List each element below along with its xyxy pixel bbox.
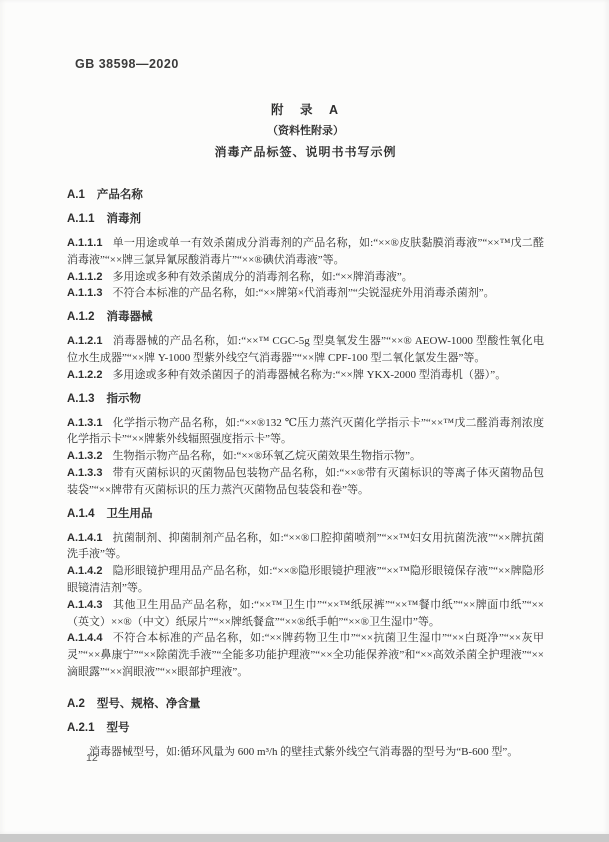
clause-number: A.1.2.2 — [67, 369, 102, 381]
page-content: GB 38598—2020 附 录 A （资料性附录） 消毒产品标签、说明书书写… — [0, 0, 609, 761]
clause-number: A.1.4.1 — [67, 532, 102, 544]
subsection-title: 消毒剂 — [107, 213, 142, 225]
subsection-title: 消毒器械 — [107, 311, 153, 323]
section-heading-a1: A.1产品名称 — [67, 187, 544, 204]
subsection-number: A.1.4 — [67, 508, 95, 520]
clause-text: 消毒器械型号，如:循环风量为 600 m³/h 的壁挂式紫外线空气消毒器的型号为… — [89, 746, 518, 758]
clause-text: 多用途或多种有效杀菌成分的消毒剂名称，如:“××牌消毒液”。 — [112, 271, 412, 283]
subsection-heading-a12: A.1.2消毒器械 — [67, 309, 544, 326]
clause-a111: A.1.1.1单一用途或单一有效杀菌成分消毒剂的产品名称，如:“××®皮肤黏膜消… — [67, 235, 544, 269]
clause-text: 不符合本标准的产品名称，如:“××牌第×代消毒剂”“尖锐湿疣外用消毒杀菌剂”。 — [112, 287, 494, 299]
clause-a122: A.1.2.2多用途或多种有效杀菌因子的消毒器械名称为:“××牌 YKX-200… — [67, 367, 544, 384]
subsection-heading-a14: A.1.4卫生用品 — [67, 506, 544, 523]
subsection-heading-a13: A.1.3指示物 — [67, 391, 544, 408]
clause-text: 化学指示物产品名称，如:“××®132 ℃压力蒸汽灭菌化学指示卡”“××™戊二醛… — [67, 417, 544, 446]
appendix-label: 附 录 A — [67, 101, 544, 119]
section-heading-a2: A.2型号、规格、净含量 — [67, 696, 544, 713]
clause-a143: A.1.4.3其他卫生用品产品名称，如:“××™卫生巾”“××™纸尿裤”“××™… — [67, 597, 544, 631]
clause-a113: A.1.1.3不符合本标准的产品名称，如:“××牌第×代消毒剂”“尖锐湿疣外用消… — [67, 285, 544, 302]
subsection-title: 卫生用品 — [107, 508, 153, 520]
subsection-title: 指示物 — [107, 393, 142, 405]
clause-number: A.1.4.2 — [67, 565, 102, 577]
clause-number: A.1.3.1 — [67, 417, 102, 429]
clause-number: A.1.1.2 — [67, 271, 102, 283]
appendix-title: 消毒产品标签、说明书书写示例 — [67, 143, 544, 161]
page-number: 12 — [86, 752, 98, 764]
clause-number: A.1.1.3 — [67, 287, 102, 299]
clause-a144: A.1.4.4不符合本标准的产品名称，如:“××牌药物卫生巾”“××抗菌卫生湿巾… — [67, 630, 544, 680]
clause-a112: A.1.1.2多用途或多种有效杀菌成分的消毒剂名称，如:“××牌消毒液”。 — [67, 269, 544, 286]
subsection-heading-a11: A.1.1消毒剂 — [67, 211, 544, 228]
subsection-number: A.2.1 — [67, 722, 95, 734]
clause-text: 带有灭菌标识的灭菌物品包装物产品名称，如:“××®带有灭菌标识的等离子体灭菌物品… — [67, 467, 544, 496]
subsection-number: A.1.1 — [67, 213, 95, 225]
section-number: A.2 — [67, 698, 85, 710]
section-number: A.1 — [67, 189, 85, 201]
subsection-heading-a21: A.2.1型号 — [67, 720, 544, 737]
subsection-number: A.1.3 — [67, 393, 95, 405]
clause-a21-body: 消毒器械型号，如:循环风量为 600 m³/h 的壁挂式紫外线空气消毒器的型号为… — [67, 744, 544, 761]
clause-text: 不符合本标准的产品名称，如:“××牌药物卫生巾”“××抗菌卫生湿巾”“××白斑净… — [67, 632, 544, 678]
subsection-number: A.1.2 — [67, 311, 95, 323]
appendix-title-block: 附 录 A （资料性附录） 消毒产品标签、说明书书写示例 — [67, 101, 544, 161]
clause-number: A.1.2.1 — [67, 335, 102, 347]
clause-a142: A.1.4.2隐形眼镜护理用品产品名称，如:“××®隐形眼镜护理液”“××™隐形… — [67, 563, 544, 597]
subsection-title: 型号 — [107, 722, 130, 734]
clause-a131: A.1.3.1化学指示物产品名称，如:“××®132 ℃压力蒸汽灭菌化学指示卡”… — [67, 415, 544, 449]
clause-number: A.1.4.4 — [67, 632, 102, 644]
clause-text: 其他卫生用品产品名称，如:“××™卫生巾”“××™纸尿裤”“××™餐巾纸”“××… — [67, 599, 544, 628]
clause-number: A.1.3.3 — [67, 467, 102, 479]
clause-a132: A.1.3.2生物指示物产品名称，如:“××®环氧乙烷灭菌效果生物指示物”。 — [67, 448, 544, 465]
clause-a121: A.1.2.1消毒器械的产品名称，如:“××™ CGC-5g 型臭氧发生器”“×… — [67, 333, 544, 367]
clause-text: 消毒器械的产品名称，如:“××™ CGC-5g 型臭氧发生器”“××® AEOW… — [67, 335, 544, 364]
clause-number: A.1.1.1 — [67, 237, 102, 249]
clause-text: 抗菌制剂、抑菌制剂产品名称，如:“××®口腔抑菌喷剂”“××™妇女用抗菌洗液”“… — [67, 532, 544, 561]
scanned-standard-page: { "doc": { "header": "GB 38598—2020", "p… — [0, 0, 609, 842]
clause-text: 隐形眼镜护理用品产品名称，如:“××®隐形眼镜护理液”“××™隐形眼镜保存液”“… — [67, 565, 544, 594]
clause-number: A.1.4.3 — [67, 599, 102, 611]
standard-number-header: GB 38598—2020 — [75, 57, 544, 71]
section-title: 产品名称 — [97, 189, 143, 201]
clause-text: 多用途或多种有效杀菌因子的消毒器械名称为:“××牌 YKX-2000 型消毒机（… — [112, 369, 506, 381]
clause-text: 单一用途或单一有效杀菌成分消毒剂的产品名称，如:“××®皮肤黏膜消毒液”“××™… — [67, 237, 544, 266]
clause-a141: A.1.4.1抗菌制剂、抑菌制剂产品名称，如:“××®口腔抑菌喷剂”“××™妇女… — [67, 530, 544, 564]
appendix-informative-note: （资料性附录） — [67, 123, 544, 139]
document-page: GB 38598—2020 附 录 A （资料性附录） 消毒产品标签、说明书书写… — [0, 0, 609, 834]
clause-a133: A.1.3.3带有灭菌标识的灭菌物品包装物产品名称，如:“××®带有灭菌标识的等… — [67, 465, 544, 499]
clause-text: 生物指示物产品名称，如:“××®环氧乙烷灭菌效果生物指示物”。 — [112, 450, 421, 462]
section-title: 型号、规格、净含量 — [97, 698, 201, 710]
clause-number: A.1.3.2 — [67, 450, 102, 462]
